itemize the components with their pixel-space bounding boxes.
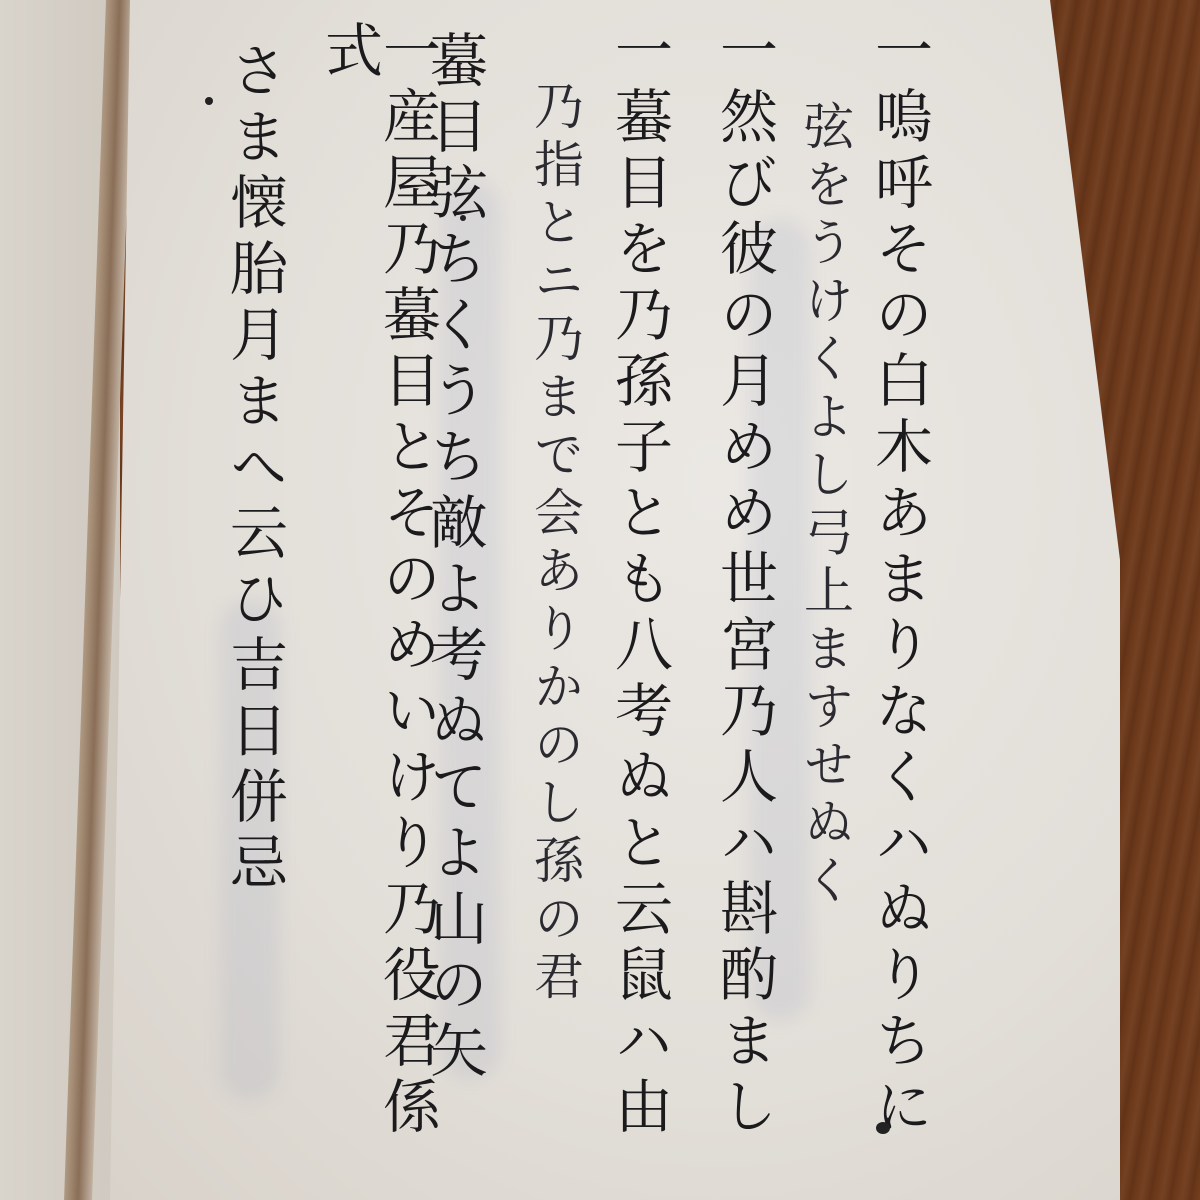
- ink-dot: [460, 215, 466, 221]
- text-column-8: さま懐胎月まへ云ひ吉日併忌: [225, 40, 283, 898]
- ink-dot: [205, 97, 213, 105]
- text-column-1: 一嗚呼その白木あまりなくハぬりちに: [870, 20, 928, 1142]
- ink-spot: [876, 1122, 890, 1134]
- text-column-4: 一蟇目を乃孫子とも八考ぬと云鼠ハ由: [610, 20, 668, 1142]
- text-column-5: 乃指とニ乃まで会ありかのし孫の君: [530, 80, 580, 1008]
- text-column-7: 一産屋乃蟇目とそのめいけり乃役君係式: [320, 20, 436, 1200]
- text-column-2: 弦をうけくよし弓上ますせぬく: [800, 100, 850, 912]
- text-column-3: 一然び彼の月めめ世宮乃人ハ斟酌まし: [715, 20, 773, 1142]
